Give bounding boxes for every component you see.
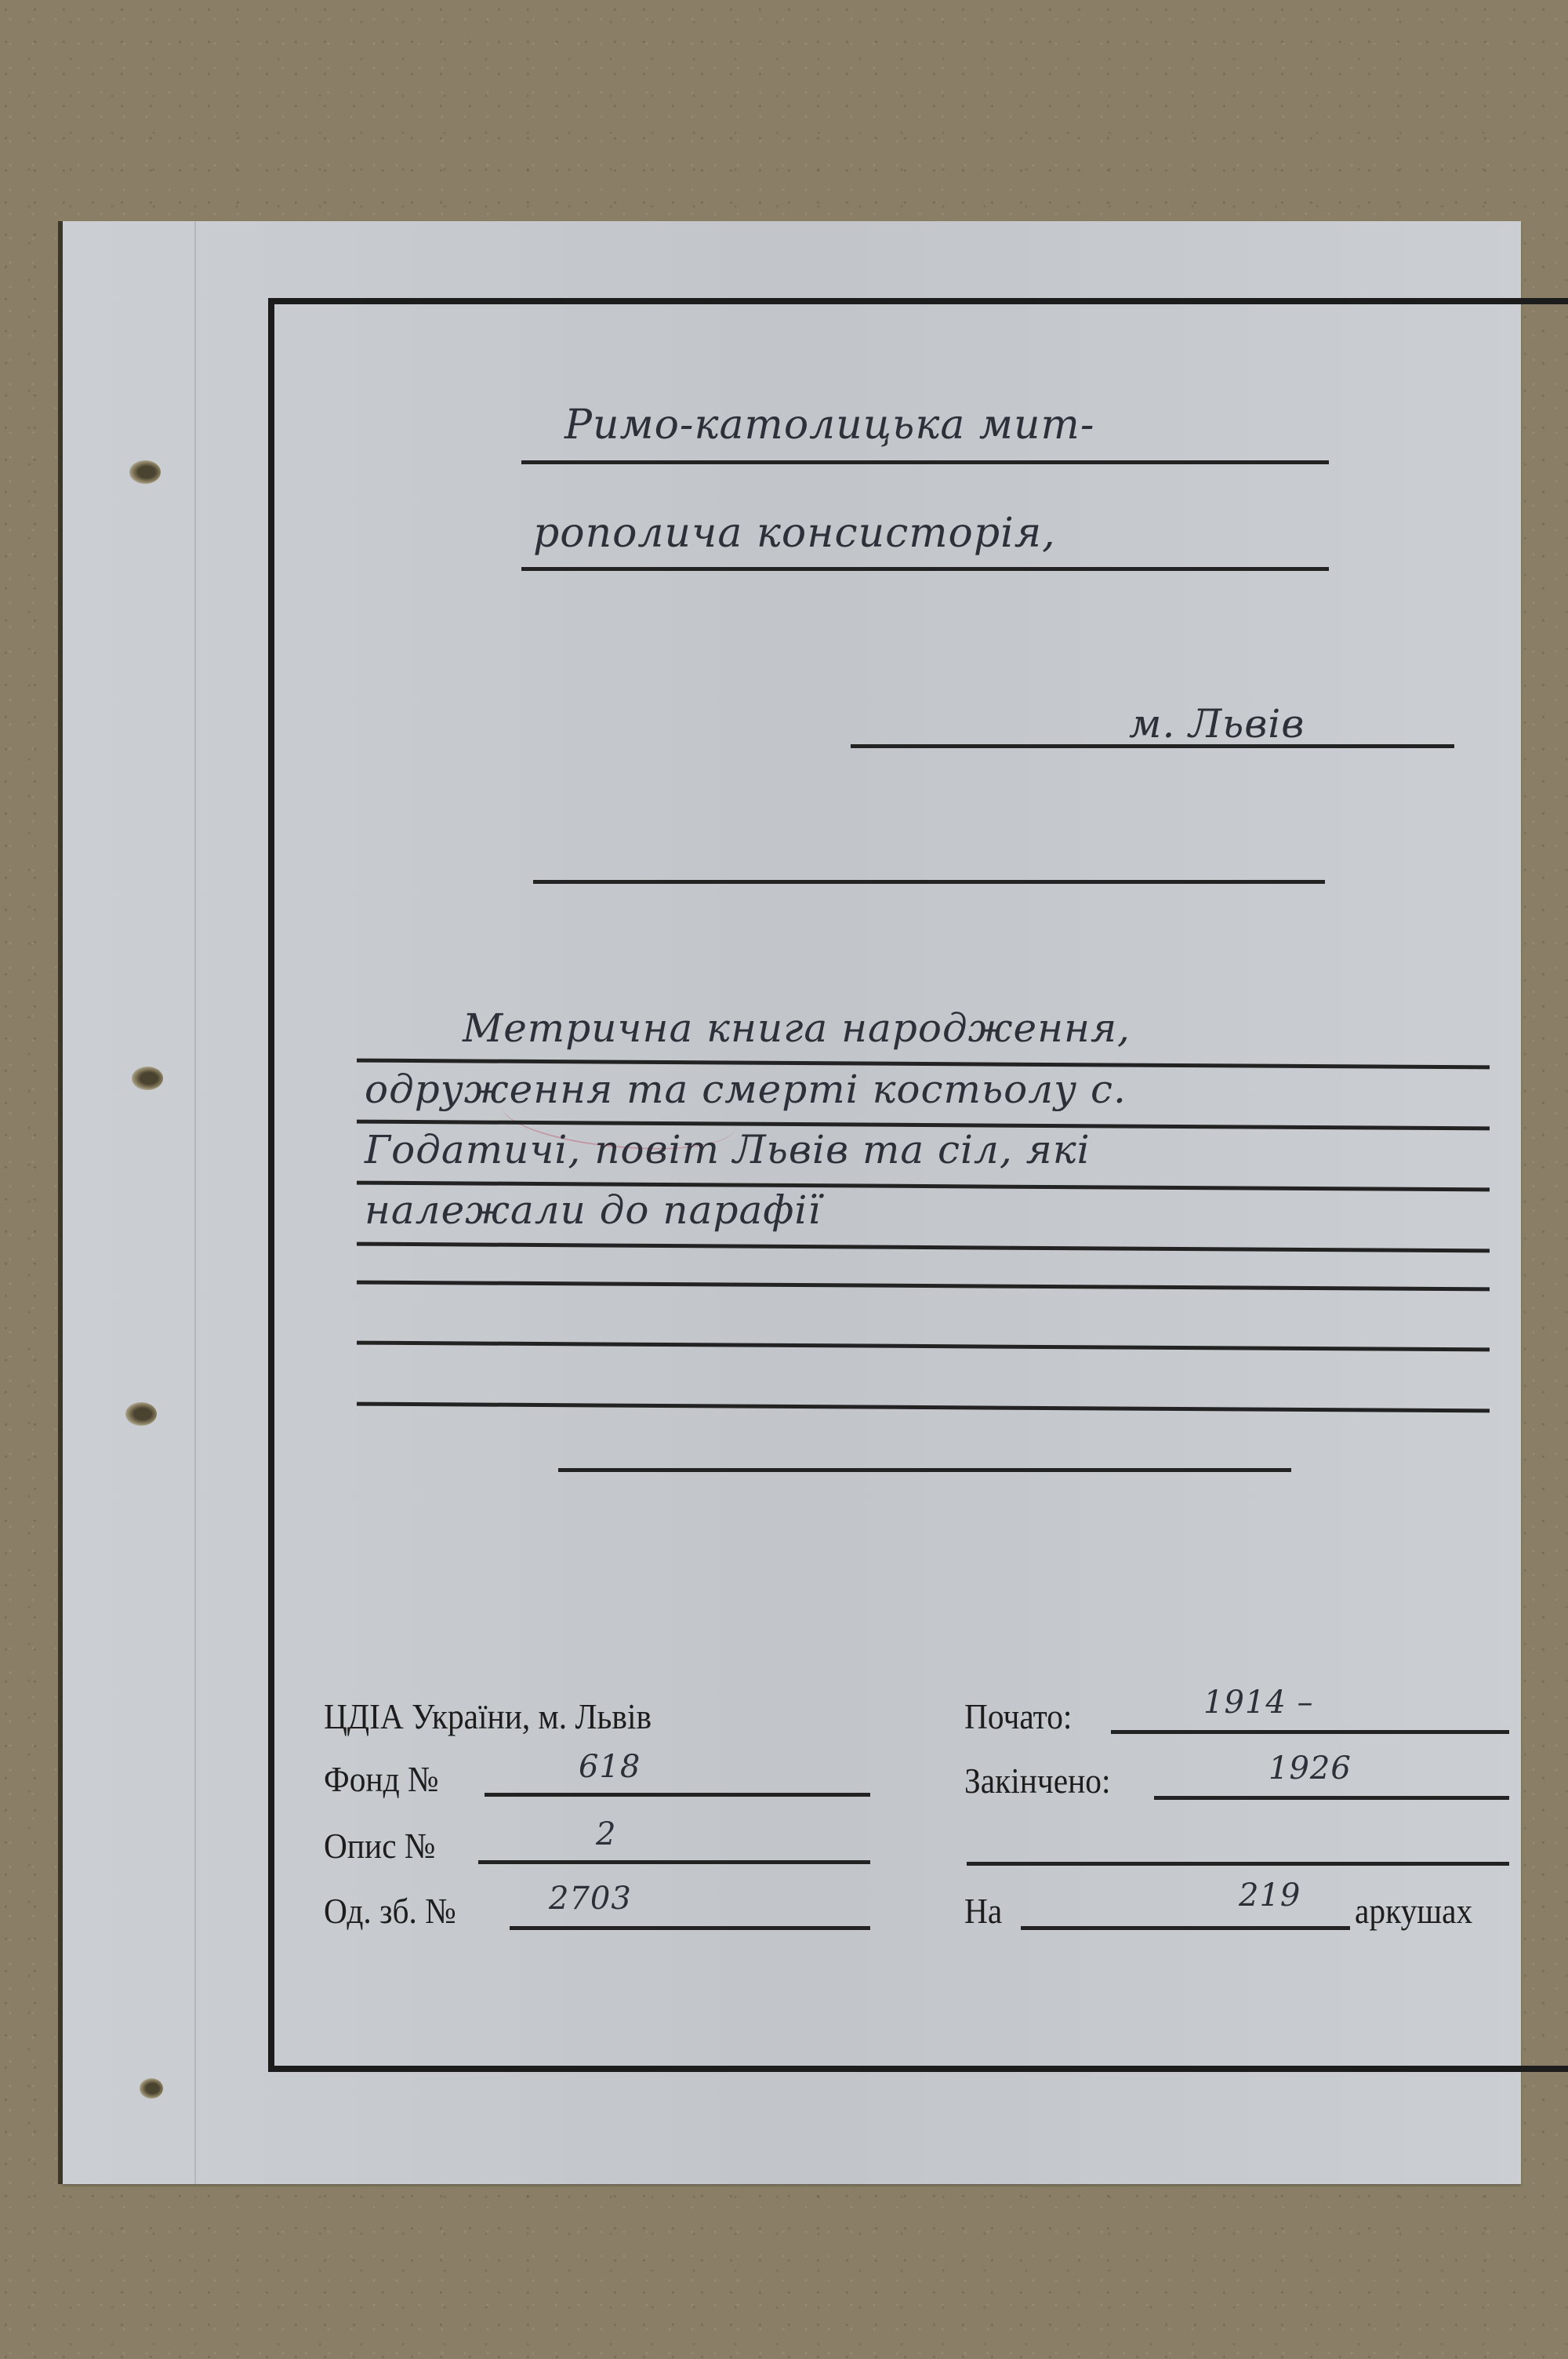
finished-label: Закінчено: (964, 1760, 1110, 1801)
description-line-3: Годатичі, повіт Львів та сіл, які (365, 1127, 1091, 1172)
on-label: На (964, 1890, 1002, 1932)
fond-rule (485, 1793, 870, 1797)
sheets-rule (1021, 1926, 1350, 1930)
document-cover-sheet: Римо-католицька мит- рополича консисторі… (63, 221, 1521, 2184)
finished-rule (1154, 1796, 1509, 1800)
institution-line-2: рополича консисторія, (533, 510, 1056, 557)
binding-hole-icon (140, 2078, 163, 2099)
od-zb-value: 2703 (549, 1881, 632, 1917)
started-label: Почато: (964, 1696, 1072, 1737)
institution-rule-1 (521, 460, 1329, 464)
opys-label: Опис № (324, 1825, 435, 1866)
binding-hole-icon (132, 1067, 163, 1090)
binding-hole-icon (125, 1402, 157, 1426)
od-zb-label: Од. зб. № (324, 1890, 456, 1932)
finished-value: 1926 (1269, 1750, 1352, 1787)
opys-rule (478, 1860, 870, 1864)
sheets-value: 219 (1239, 1877, 1301, 1914)
od-zb-rule (510, 1926, 870, 1930)
fond-value: 618 (579, 1749, 641, 1785)
started-value: 1914 – (1203, 1685, 1314, 1721)
started-rule (1111, 1730, 1509, 1734)
description-line-4: належали до парафії (365, 1187, 821, 1233)
description-line-2: одруження та смерті костьолу с. (365, 1067, 1127, 1112)
institution-rule-2 (521, 567, 1329, 571)
opys-value: 2 (596, 1816, 616, 1852)
archive-label: ЦДІА України, м. Львів (324, 1696, 652, 1737)
city-name: м. Львів (1129, 701, 1305, 747)
description-line-1: Метрична книга народження, (463, 1005, 1131, 1051)
binding-hole-icon (129, 460, 161, 484)
fond-label: Фонд № (324, 1758, 438, 1800)
blank-form-rule (967, 1862, 1509, 1866)
sheets-label: аркушах (1355, 1890, 1472, 1932)
blank-rule (533, 880, 1325, 884)
city-rule (851, 744, 1454, 748)
description-short-rule (558, 1468, 1291, 1472)
institution-line-1: Римо-католицька мит- (564, 402, 1094, 449)
paper-fold-crease (194, 221, 196, 2184)
